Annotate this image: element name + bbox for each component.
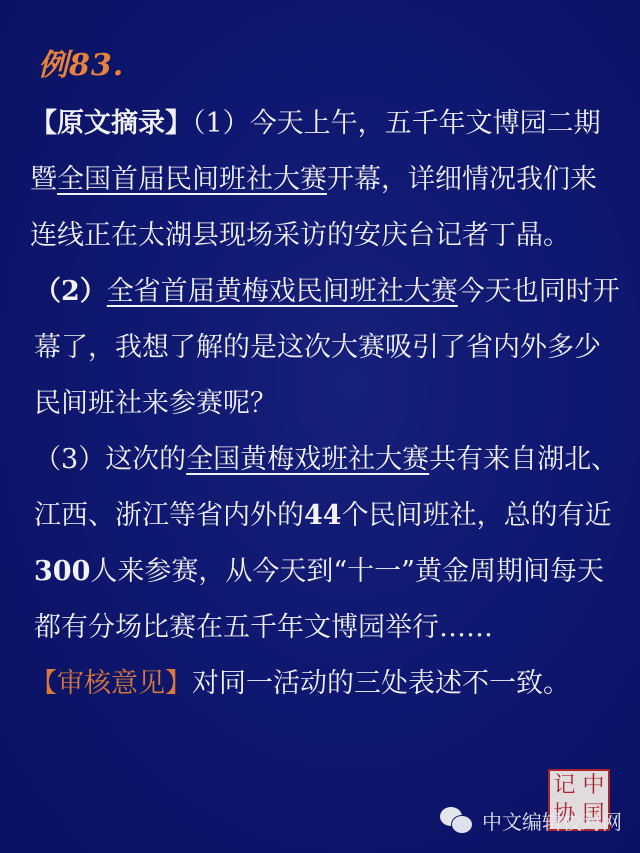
excerpt-3-text-a: 这次的 [105, 444, 186, 475]
seal-char: 记 [550, 775, 579, 797]
paragraph-excerpt-3: （3）这次的全国黄梅戏班社大赛共有来自湖北、江西、浙江等省内外的44个民间班社，… [30, 432, 620, 656]
wechat-icon [440, 807, 474, 835]
watermark: 中文编辑校对网 [440, 806, 622, 835]
example-title: 例83. [38, 40, 124, 84]
paragraph-review: 【审核意见】对同一活动的三处表述不一致。 [30, 656, 620, 712]
item-number-1: （1） [192, 108, 250, 139]
excerpt-label: 【原文摘录】 [30, 108, 192, 139]
item-number-3: （3） [34, 444, 105, 475]
watermark-text: 中文编辑校对网 [482, 806, 622, 835]
underlined-event-name-3: 全国黄梅戏班社大赛 [186, 444, 429, 475]
count-troupes: 44 [304, 500, 342, 531]
paragraph-excerpt-1: 【原文摘录】（1）今天上午，五千年文博园二期暨全国首届民间班社大赛开幕，详细情况… [30, 96, 620, 264]
count-participants: 300 [34, 556, 90, 587]
review-text: 对同一活动的三处表述不一致。 [192, 668, 570, 699]
underlined-event-name-2: 全省首届黄梅戏民间班社大赛 [107, 276, 458, 307]
paragraph-excerpt-2: （2）全省首届黄梅戏民间班社大赛今天也同时开幕了，我想了解的是这次大赛吸引了省内… [30, 264, 620, 432]
underlined-event-name-1: 全国首届民间班社大赛 [57, 164, 327, 195]
excerpt-3-text-d: 人来参赛，从今天到“十一”黄金周期间每天都有分场比赛在五千年文博园举行…… [34, 556, 604, 643]
review-label: 【审核意见】 [30, 668, 192, 699]
excerpt-3-text-c: 个民间班社，总的有近 [342, 500, 612, 531]
article-content: 【原文摘录】（1）今天上午，五千年文博园二期暨全国首届民间班社大赛开幕，详细情况… [30, 96, 620, 712]
seal-char: 中 [579, 775, 608, 797]
item-number-2: （2） [34, 276, 107, 307]
